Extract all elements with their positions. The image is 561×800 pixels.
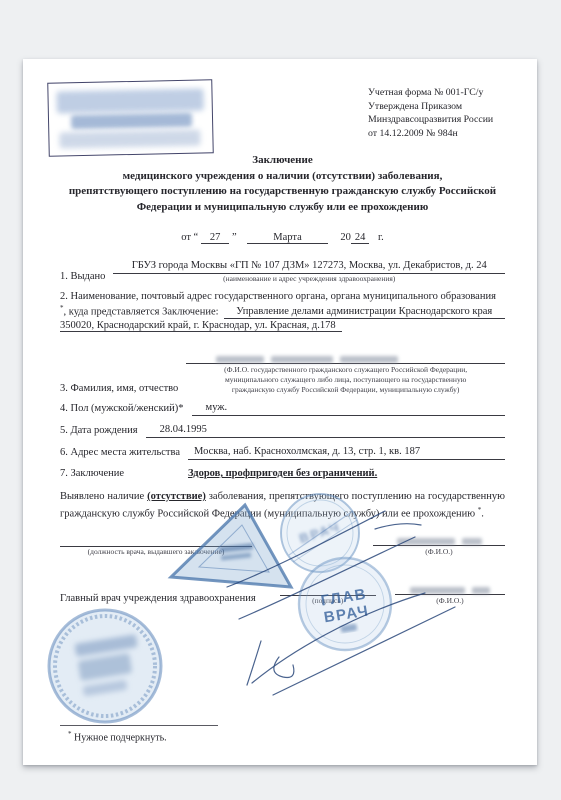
- stamp-blurred-text: [59, 130, 200, 149]
- field-conclusion: 7. Заключение Здоров, профпригоден без о…: [60, 467, 505, 481]
- field-org-value2: 350020, Краснодарский край, г. Краснодар…: [60, 320, 342, 332]
- footnote-text-row: * Нужное подчеркнуть.: [68, 730, 505, 745]
- form-note-line: Учетная форма № 001-ГС/у: [368, 86, 493, 100]
- field-issued-value: ГБУЗ города Москвы «ГП № 107 ДЗМ» 127273…: [113, 259, 505, 274]
- form-note-line: от 14.12.2009 № 984н: [368, 127, 493, 141]
- doctor-position-caption: (должность врача, выдавшего заключение): [60, 547, 252, 557]
- doctor-fio-blurred: [373, 535, 505, 546]
- field-conclusion-value: Здоров, профпригоден без ограничений.: [188, 467, 377, 481]
- screenshot-root: { "colors": { "background": "#eef0f2", "…: [0, 0, 561, 800]
- field-sex-value: муж.: [192, 401, 505, 416]
- field-name: 3. Фамилия, имя, отчество (Ф.И.О. госуда…: [60, 353, 505, 395]
- stamp-blurred-text: [56, 88, 203, 113]
- institution-round-seal: [49, 610, 161, 722]
- form-registration-note: Учетная форма № 001-ГС/у Утверждена Прик…: [368, 86, 493, 140]
- field-birth-date: 5. Дата рождения 28.04.1995: [60, 423, 505, 438]
- field-org-line2: *, куда представляется Заключение: Управ…: [60, 304, 505, 319]
- field-birth-date-label: 5. Дата рождения: [60, 424, 146, 438]
- field-issued-caption: (наименование и адрес учреждения здравоо…: [113, 274, 505, 284]
- chief-doctor-row: Главный врач учреждения здравоохранения …: [60, 583, 505, 606]
- statement-paragraph: Выявлено наличие (отсутствие) заболевани…: [60, 489, 505, 523]
- chief-fio-caption: (Ф.И.О.): [395, 596, 505, 606]
- date-suffix: г.: [378, 232, 384, 243]
- title-line: Федерации и муниципальную службу или ее …: [60, 200, 505, 216]
- footnote-separator-wrap: [60, 725, 505, 726]
- form-note-line: Утверждена Приказом: [368, 100, 493, 114]
- field-conclusion-label: 7. Заключение: [60, 467, 188, 481]
- stamp-blurred-text: [71, 113, 192, 130]
- field-name-caption: гражданскую службу Российской Федерации,…: [186, 385, 505, 395]
- field-name-caption: (Ф.И.О. государственного гражданского сл…: [186, 365, 505, 375]
- field-org-label-line1: 2. Наименование, почтовый адрес государс…: [60, 290, 505, 304]
- statement-highlight: (отсутствие): [147, 491, 206, 502]
- chief-doctor-label: Главный врач учреждения здравоохранения: [60, 592, 264, 606]
- date-year: 24: [351, 232, 370, 244]
- document-page: Учетная форма № 001-ГС/у Утверждена Прик…: [23, 59, 537, 765]
- form-note-line: Минздравсоцразвития России: [368, 113, 493, 127]
- field-org-label-line2: *, куда представляется Заключение:: [60, 304, 224, 319]
- title-line: Заключение: [60, 153, 505, 169]
- field-org-value1: Управление делами администрации Краснода…: [224, 305, 505, 320]
- date-month: Марта: [247, 232, 328, 244]
- date-close-quote: ”: [232, 232, 237, 243]
- field-issued-label: 1. Выдано: [60, 270, 113, 284]
- field-sex: 4. Пол (мужской/женский)* муж.: [60, 401, 505, 416]
- date-year-prefix: 20: [340, 232, 351, 243]
- chief-signature-line: [280, 583, 376, 596]
- institution-rect-stamp: [47, 79, 214, 156]
- statement-period: .: [481, 509, 484, 520]
- field-sex-label: 4. Пол (мужской/женский)*: [60, 402, 192, 416]
- title-line: медицинского учреждения о наличии (отсут…: [60, 169, 505, 185]
- statement-part1: Выявлено наличие: [60, 491, 144, 502]
- field-name-caption: муниципального служащего либо лица, пост…: [186, 375, 505, 385]
- date-day: 27: [201, 232, 230, 244]
- field-issued: 1. Выдано ГБУЗ города Москвы «ГП № 107 Д…: [60, 259, 505, 284]
- field-name-blurred-value: [186, 353, 505, 364]
- date-prefix: от “: [181, 232, 198, 243]
- field-birth-date-value: 28.04.1995: [146, 423, 505, 438]
- field-address-label: 6. Адрес места жительства: [60, 446, 188, 460]
- field-address: 6. Адрес места жительства Москва, наб. К…: [60, 445, 505, 460]
- doctor-signature-line: [60, 534, 252, 547]
- date-line: от “ 27 ” Марта 2024 г.: [60, 231, 505, 245]
- title-line: препятствующего поступлению на государст…: [60, 184, 505, 200]
- doctor-fio-caption: (Ф.И.О.): [373, 547, 505, 557]
- footnote-text: Нужное подчеркнуть.: [72, 732, 167, 743]
- document-title: Заключение медицинского учреждения о нал…: [60, 153, 505, 215]
- doctor-signature-row: (должность врача, выдавшего заключение) …: [60, 534, 505, 557]
- chief-signature-caption: (подпись): [280, 596, 376, 606]
- chief-fio-blurred: [395, 584, 505, 595]
- field-name-label: 3. Фамилия, имя, отчество: [60, 382, 186, 396]
- field-org-value2-row: 350020, Краснодарский край, г. Краснодар…: [60, 319, 505, 333]
- field-address-value: Москва, наб. Краснохолмская, д. 13, стр.…: [188, 445, 505, 460]
- footnote-separator: [60, 725, 218, 726]
